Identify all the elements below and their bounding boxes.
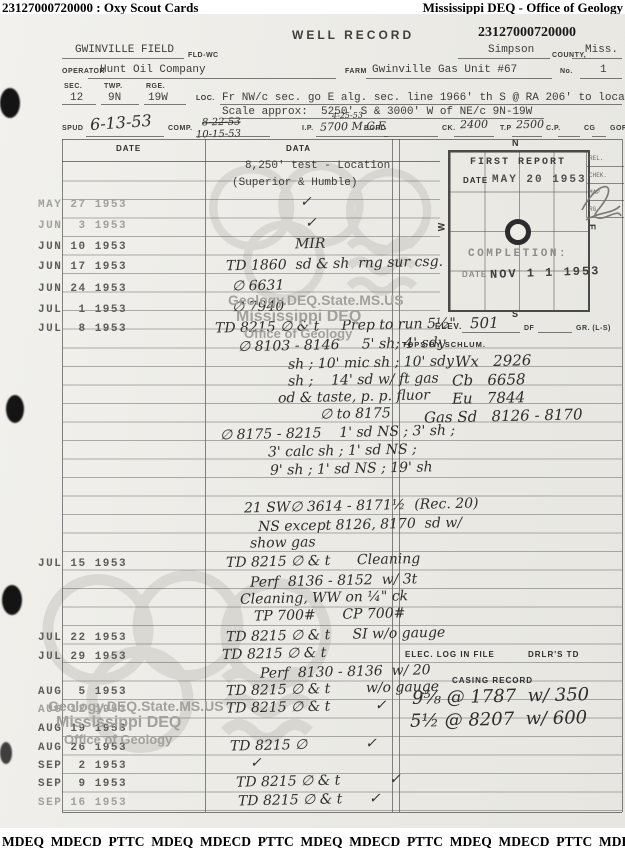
compass-north-label: N xyxy=(512,138,519,148)
watermark-line: Geology.DEQ.State.MS.US xyxy=(48,698,224,714)
formation-top-entry: Eu 7844 xyxy=(452,388,525,408)
entry-text: TD 8215 ∅ & t ✓ xyxy=(226,697,387,716)
casing-record-label: CASING RECORD xyxy=(452,676,533,685)
entry-date-stamp: SEP 16 1953 xyxy=(38,797,127,809)
loc-value: Fr NW/c sec. go E alg. sec. line 1966' t… xyxy=(222,92,625,104)
completion-date-label: DATE xyxy=(462,270,487,279)
reviewer-signature xyxy=(578,168,624,224)
watermark-text-block: Geology.DEQ.State.MS.USMississippi DEQOf… xyxy=(228,292,404,341)
entry-text: ✓ xyxy=(300,194,312,210)
farm-underline xyxy=(366,78,552,79)
entry-date-stamp: SEP 9 1953 xyxy=(38,778,127,790)
entry-text: MIR xyxy=(295,236,326,253)
api-number-stamp: 23127000720000 xyxy=(478,25,576,41)
viewer-footer-text: MDEQ MDECD PTTC MDEQ MDECD PTTC MDEQ MDE… xyxy=(2,834,625,850)
twp-label: TWP. xyxy=(104,83,123,90)
first-report-stamp: FIRST REPORT xyxy=(470,157,566,168)
county-underline xyxy=(458,58,550,59)
scale-note: Scale approx: 5250' S & 3000' W of NE/c … xyxy=(222,106,532,118)
elev-df-label: DF xyxy=(524,325,534,332)
rge-label: RGE. xyxy=(146,83,165,90)
field-underline xyxy=(62,58,184,59)
elev-gr-label: GR. (L-S) xyxy=(576,325,611,332)
bopd-underline xyxy=(384,136,438,137)
farm-label: FARM xyxy=(345,68,367,75)
entry-text: TD 8215 ∅ & t xyxy=(222,645,327,663)
watermark-line: Mississippi DEQ xyxy=(236,308,404,326)
well-no-label: No. xyxy=(560,68,573,75)
entry-date-stamp: JUL 8 1953 xyxy=(38,323,127,335)
entry-date-stamp: JUN 17 1953 xyxy=(38,261,127,273)
formation-top-entry: Wx 2926 xyxy=(455,351,532,371)
loc-label: LOC. xyxy=(196,95,215,102)
entry-date-stamp: JUL 22 1953 xyxy=(38,632,127,644)
twp-value: 9N xyxy=(108,92,121,104)
gor-label: GOR xyxy=(610,125,625,132)
comp-label: COMP. xyxy=(168,125,193,132)
entry-text: od & taste, p. p. fluor xyxy=(278,387,430,406)
hole-punch-middle xyxy=(6,395,24,423)
entry-date-stamp: SEP 2 1953 xyxy=(38,760,127,772)
compass-west-label: W xyxy=(436,223,446,232)
entry-text: TP 700# CP 700# xyxy=(254,605,406,624)
field-name: GWINVILLE FIELD xyxy=(75,44,174,56)
farm-name: Gwinville Gas Unit #67 xyxy=(372,64,517,76)
field-label: FLD-WC xyxy=(188,52,219,59)
entry-text: TD 8215 ∅ & t ✓ xyxy=(238,791,381,810)
sec-label: SEC. xyxy=(64,83,82,90)
spud-underline xyxy=(86,136,164,137)
ip-label: I.P. xyxy=(302,125,314,132)
cg-underline xyxy=(592,136,606,137)
tp-value: 2500 xyxy=(516,118,544,132)
entry-date-stamp: JUN 3 1953 xyxy=(38,220,127,232)
elev-value: 501 xyxy=(470,314,499,333)
ip-underline xyxy=(316,136,388,137)
comp-underline xyxy=(196,136,270,137)
entry-text: ∅ to 8175 xyxy=(320,405,391,422)
rge-value: 19W xyxy=(148,92,168,104)
casing-record-entry: 5½ @ 8207 w/ 600 xyxy=(410,707,588,732)
operator-underline xyxy=(88,78,336,79)
review-row: REL. xyxy=(586,150,624,167)
state-underline xyxy=(572,58,622,59)
entry-date-stamp: AUG 5 1953 xyxy=(38,686,127,698)
entry-date-stamp: JUL 1 1953 xyxy=(38,304,127,316)
no-underline xyxy=(580,78,622,79)
ck-value: 2400 xyxy=(460,118,488,132)
watermark-line: Office of Geology xyxy=(64,732,224,747)
county-name: Simpson xyxy=(488,44,534,56)
scanned-well-record-page: 23127000720000 : Oxy Scout Cards Mississ… xyxy=(0,0,625,855)
bopd-label: BOPD xyxy=(364,125,386,132)
hole-punch-bottom xyxy=(2,585,22,615)
well-no-value: 1 xyxy=(600,64,607,76)
watermark-line: Geology.DEQ.State.MS.US xyxy=(228,292,404,308)
entry-date-stamp: MAY 27 1953 xyxy=(38,199,127,211)
hole-punch-top xyxy=(0,88,20,118)
table-bottom-line xyxy=(62,812,622,813)
entry-date-stamp: JUL 15 1953 xyxy=(38,558,127,570)
watermark-text-block: Geology.DEQ.State.MS.USMississippi DEQOf… xyxy=(48,698,224,747)
operator-name: Hunt Oil Company xyxy=(100,64,206,76)
table-right-border xyxy=(622,139,623,812)
entry-text: 3' calc sh ; 1' sd NS ; xyxy=(268,441,417,460)
cp-underline xyxy=(558,136,580,137)
entry-date-stamp: JUN 10 1953 xyxy=(38,241,127,253)
sec-underline xyxy=(62,104,96,105)
cg-label: CG xyxy=(584,125,596,132)
watermark-line: Office of Geology xyxy=(244,326,404,341)
elev-underline xyxy=(462,332,520,333)
completion-stamp: COMPLETION: xyxy=(468,248,568,260)
sec-value: 12 xyxy=(70,92,83,104)
entry-text: (Superior & Humble) xyxy=(232,177,357,189)
card-title: WELL RECORD xyxy=(292,28,414,42)
elec-log-label: ELEC. LOG IN FILE xyxy=(405,650,495,659)
entry-text: ✓ xyxy=(250,755,262,771)
entry-text: 9' sh ; 1' sd NS ; 19' sh xyxy=(270,459,433,478)
first-report-date: MAY 20 1953 xyxy=(492,174,587,186)
cp-label: C.P. xyxy=(546,125,561,132)
table-top-line xyxy=(62,139,622,140)
spud-label: SPUD xyxy=(62,125,83,132)
date-column-header: DATE xyxy=(116,144,141,153)
first-report-date-label: DATE xyxy=(463,176,488,185)
tp-label: T.P xyxy=(500,125,512,132)
formation-top-entry: Cb 6658 xyxy=(452,370,526,390)
entry-date-stamp: JUL 29 1953 xyxy=(38,651,127,663)
watermark-line: Mississippi DEQ xyxy=(56,714,224,732)
scale-underline xyxy=(222,118,544,119)
state-name: Miss. xyxy=(585,44,618,56)
scan-artifact-blob xyxy=(0,742,12,764)
ck-underline xyxy=(454,136,494,137)
operator-label: OPERATOR xyxy=(62,68,105,75)
entry-text: TD 8215 ∅ ✓ xyxy=(230,735,377,754)
loc-underline xyxy=(220,104,622,105)
tp-underline xyxy=(512,136,542,137)
entry-text: ✓ xyxy=(305,215,317,231)
entry-text: 8,250' test - Location xyxy=(245,160,390,172)
twp-underline xyxy=(101,104,139,105)
rge-underline xyxy=(144,104,186,105)
drlrs-td-label: DRLR'S TD xyxy=(528,650,579,659)
entry-text: show gas xyxy=(250,534,316,551)
well-location-symbol xyxy=(505,219,531,245)
data-column-header: DATA xyxy=(286,144,311,153)
df-underline xyxy=(538,332,572,333)
viewer-footer-bar: MDEQ MDECD PTTC MDEQ MDECD PTTC MDEQ MDE… xyxy=(0,828,625,855)
entry-date-stamp: JUN 24 1953 xyxy=(38,283,127,295)
ck-label: CK. xyxy=(442,125,456,132)
